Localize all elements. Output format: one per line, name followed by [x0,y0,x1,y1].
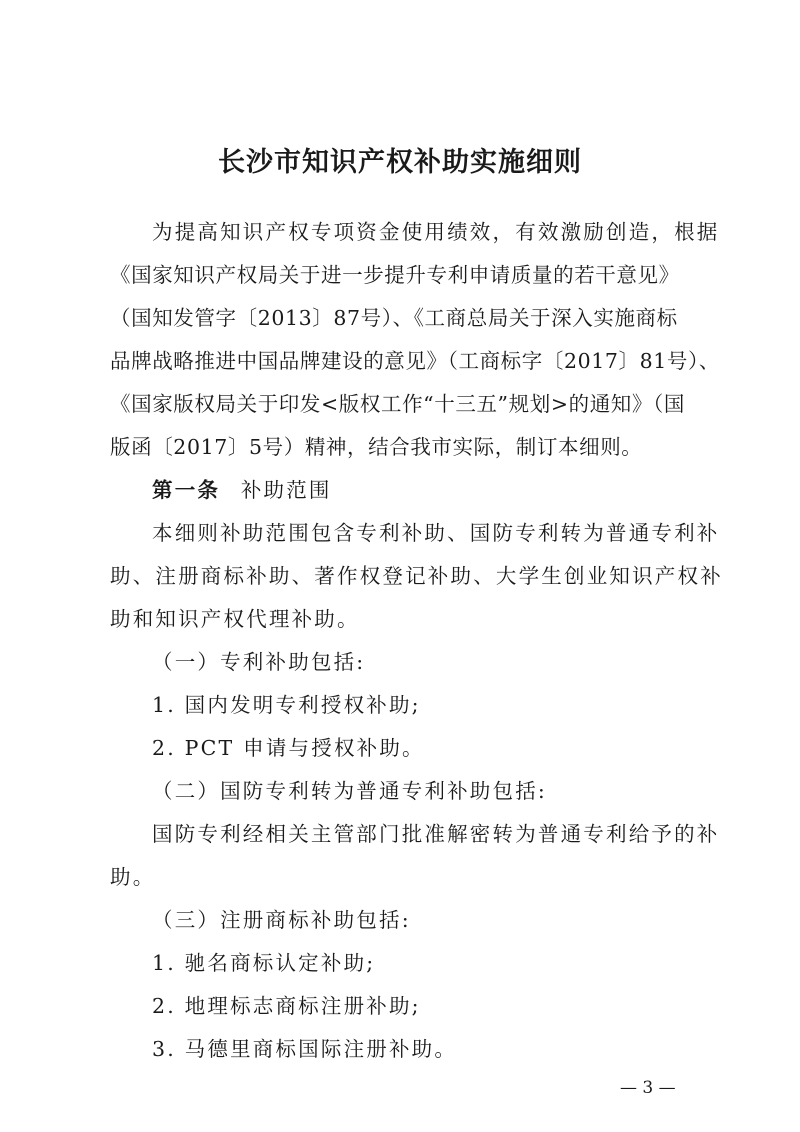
list-item: 1. 驰名商标认定补助; [152,949,737,977]
document-title: 长沙市知识产权补助实施细则 [0,140,800,179]
list-item: 2. PCT 申请与授权补助。 [152,734,737,762]
preamble-line: （国知发管字〔2013〕87号）、《工商总局关于深入实施商标 [110,304,695,332]
section-heading: （一）专利补助包括: [152,648,737,676]
section-heading: （三）注册商标补助包括: [152,906,737,934]
section-body-line: 国防专利经相关主管部门批准解密转为普通专利给予的补 [152,820,737,848]
preamble-line: 品牌战略推进中国品牌建设的意见》（工商标字〔2017〕81号）、 [110,347,695,375]
list-item: 2. 地理标志商标注册补助; [152,992,737,1020]
list-item: 3. 马德里商标国际注册补助。 [152,1035,737,1063]
article-body-line: 助、注册商标补助、著作权登记补助、大学生创业知识产权补 [110,562,695,590]
article-number: 第一条 [152,478,220,502]
section-body-line: 助。 [110,863,695,891]
page-number: — 3 — [620,1078,676,1098]
list-item: 1. 国内发明专利授权补助; [152,691,737,719]
article-body-line: 本细则补助范围包含专利补助、国防专利转为普通专利补 [152,519,737,547]
preamble-line: 为提高知识产权专项资金使用绩效，有效激励创造，根据 [152,218,737,246]
article-body-line: 助和知识产权代理补助。 [110,605,695,633]
preamble-line: 《国家版权局关于印发<版权工作“十三五”规划>的通知》（国 [110,390,695,418]
article-heading: 第一条 补助范围 [152,476,737,504]
preamble-line: 版函〔2017〕5号）精神，结合我市实际，制订本细则。 [110,433,695,461]
preamble-line: 《国家知识产权局关于进一步提升专利申请质量的若干意见》 [110,261,695,289]
article-title: 补助范围 [241,478,332,502]
section-heading: （二）国防专利转为普通专利补助包括: [152,777,737,805]
